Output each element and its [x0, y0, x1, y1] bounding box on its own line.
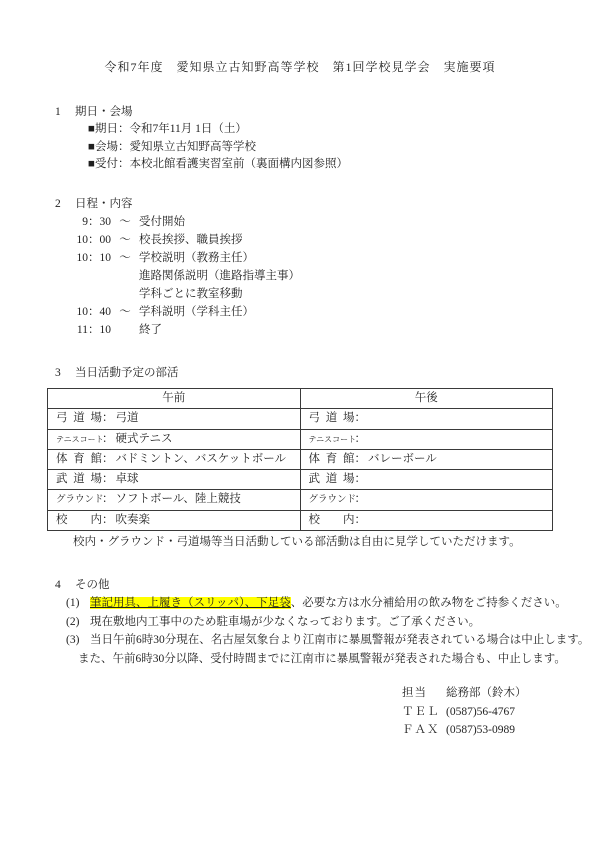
tel-number: (0587)56-4767 [446, 706, 515, 718]
contact-department: 総務部（鈴木） [446, 687, 527, 699]
section-4-heading: 4その他 [0, 577, 600, 594]
contact-label: 担当 [402, 684, 446, 703]
schedule-row: 10：40～学科説明（学科主任） [73, 303, 600, 321]
colon: ： [102, 514, 114, 526]
schedule-desc: 受付開始 [139, 213, 185, 231]
schedule-time: 10：40 [73, 303, 111, 321]
club-value: 硬式テニス [116, 433, 173, 445]
colon: ： [102, 473, 114, 485]
schedule-desc: 校長挨拶、職員挨拶 [139, 231, 243, 249]
item-text: 、必要な方は水分補給用の飲み物をご持参ください。 [291, 597, 567, 609]
place-label: テニスコート [56, 434, 102, 446]
section-4-number: 4 [55, 577, 75, 594]
schedule-row: 11：10終了 [73, 321, 600, 339]
colon: ： [355, 433, 367, 445]
schedule-list: 9：30～受付開始 10：00～校長挨拶、職員挨拶 10：10～学校説明（教務主… [0, 213, 600, 339]
schedule-time: 9：30 [73, 213, 111, 231]
club-value: 吹奏楽 [116, 514, 151, 526]
other-item-2: (2)現在敷地内工事中のため駐車場が少なくなっております。ご了承ください。 [66, 613, 600, 632]
cell-afternoon: グラウンド： [300, 490, 553, 510]
table-header-morning: 午前 [48, 389, 301, 409]
table-row-budo: 武道場：卓球 武道場： [48, 470, 553, 490]
other-item-1: (1)筆記用具、上履き（スリッパ）、下足袋、必要な方は水分補給用の飲み物をご持参… [66, 594, 600, 613]
schedule-tilde: ～ [117, 303, 133, 321]
contact-fax-row: ＦＡＸ(0587)53-0989 [402, 721, 600, 740]
schedule-desc: 学科説明（学科主任） [139, 303, 254, 321]
table-row-gym: 体育館：バドミントン、バスケットボール 体育館：バレーボール [48, 449, 553, 469]
highlighted-supplies-text: 筆記用具、上履き（スリッパ）、下足袋 [90, 597, 291, 609]
schedule-desc: 学科ごとに教室移動 [139, 285, 243, 303]
club-value: バドミントン、バスケットボール [116, 453, 287, 465]
section-1-title: 期日・会場 [75, 106, 133, 118]
table-header-afternoon: 午後 [300, 389, 553, 409]
section-2-number: 2 [55, 196, 75, 213]
table-note: 校内・グラウンド・弓道場等当日活動している部活動は自由に見学していただけます。 [0, 534, 600, 551]
place-label: 校内 [309, 512, 355, 529]
place-label: 校内 [56, 512, 102, 529]
cell-afternoon: 校内： [300, 510, 553, 530]
other-item-3-continuation: また、午前6時30分以降、受付時間までに江南市に暴風警報が発表された場合も、中止… [0, 650, 600, 669]
club-value: 卓球 [116, 473, 139, 485]
section-3-heading: 3当日活動予定の部活 [0, 365, 600, 382]
colon: ： [355, 412, 367, 424]
place-label: 武道場 [309, 471, 355, 488]
colon: ： [355, 493, 367, 505]
place-label: グラウンド [56, 493, 102, 507]
colon: ： [355, 453, 367, 465]
item-number: (3) [66, 631, 90, 650]
bullet-date: ■期日：令和7年11月 1日（土） [88, 121, 600, 139]
schedule-row: 10：00～校長挨拶、職員挨拶 [73, 231, 600, 249]
cell-morning: 弓道場：弓道 [48, 409, 301, 429]
schedule-time: 11：10 [73, 321, 111, 339]
section-2-heading: 2日程・内容 [0, 196, 600, 213]
schedule-desc: 進路関係説明（進路指導主事） [139, 267, 300, 285]
contact-person-row: 担当総務部（鈴木） [402, 684, 600, 703]
place-label: 体育館 [309, 451, 355, 468]
table-row-tennis: テニスコート：硬式テニス テニスコート： [48, 429, 553, 449]
table-row-ground: グラウンド：ソフトボール、陸上競技 グラウンド： [48, 490, 553, 510]
place-label: 体育館 [56, 451, 102, 468]
place-label: 武道場 [56, 471, 102, 488]
other-items: (1)筆記用具、上履き（スリッパ）、下足袋、必要な方は水分補給用の飲み物をご持参… [0, 594, 600, 650]
table-row-kyudo: 弓道場：弓道 弓道場： [48, 409, 553, 429]
cell-morning: 体育館：バドミントン、バスケットボール [48, 449, 301, 469]
section-4-title: その他 [75, 579, 110, 591]
place-label: 弓道場 [56, 410, 102, 427]
place-label: 弓道場 [309, 410, 355, 427]
schedule-tilde: ～ [117, 231, 133, 249]
cell-afternoon: 弓道場： [300, 409, 553, 429]
bullet-reception: ■受付：本校北館看護実習室前（裏面構内図参照） [88, 156, 600, 174]
item-text: 現在敷地内工事中のため駐車場が少なくなっております。ご了承ください。 [90, 616, 480, 628]
place-label: グラウンド [309, 493, 355, 507]
club-value: ソフトボール、陸上競技 [116, 493, 241, 505]
item-number: (2) [66, 613, 90, 632]
schedule-tilde: ～ [117, 249, 133, 267]
section-3-number: 3 [55, 365, 75, 382]
place-label: テニスコート [309, 434, 355, 446]
tel-label: ＴＥＬ [402, 703, 446, 722]
cell-morning: 校内：吹奏楽 [48, 510, 301, 530]
schedule-desc: 終了 [139, 321, 162, 339]
section-1-heading: 1期日・会場 [0, 104, 600, 121]
cell-morning: テニスコート：硬式テニス [48, 429, 301, 449]
cell-morning: 武道場：卓球 [48, 470, 301, 490]
section-2-title: 日程・内容 [75, 198, 133, 210]
schedule-time: 10：00 [73, 231, 111, 249]
schedule-row: 9：30～受付開始 [73, 213, 600, 231]
schedule-tilde: ～ [117, 213, 133, 231]
section-1-bullets: ■期日：令和7年11月 1日（土） ■会場：愛知県立古知野高等学校 ■受付：本校… [0, 121, 600, 174]
table-header-row: 午前 午後 [48, 389, 553, 409]
cell-afternoon: 武道場： [300, 470, 553, 490]
schedule-time: 10：10 [73, 249, 111, 267]
colon: ： [102, 453, 114, 465]
cell-afternoon: 体育館：バレーボール [300, 449, 553, 469]
club-value: 弓道 [116, 412, 139, 424]
colon: ： [102, 433, 114, 445]
cell-morning: グラウンド：ソフトボール、陸上競技 [48, 490, 301, 510]
colon: ： [355, 473, 367, 485]
table-row-campus: 校内：吹奏楽 校内： [48, 510, 553, 530]
contact-block: 担当総務部（鈴木） ＴＥＬ(0587)56-4767 ＦＡＸ(0587)53-0… [0, 684, 600, 740]
schedule-row: 進路関係説明（進路指導主事） [73, 267, 600, 285]
item-text: 当日午前6時30分現在、名古屋気象台より江南市に暴風警報が発表されている場合は中… [90, 634, 589, 646]
bullet-venue: ■会場：愛知県立古知野高等学校 [88, 139, 600, 157]
schedule-row: 10：10～学校説明（教務主任） [73, 249, 600, 267]
page-title: 令和7年度 愛知県立古知野高等学校 第1回学校見学会 実施要項 [0, 58, 600, 76]
cell-afternoon: テニスコート： [300, 429, 553, 449]
item-number: (1) [66, 594, 90, 613]
colon: ： [355, 514, 367, 526]
other-item-3: (3)当日午前6時30分現在、名古屋気象台より江南市に暴風警報が発表されている場… [66, 631, 600, 650]
fax-label: ＦＡＸ [402, 721, 446, 740]
schedule-row: 学科ごとに教室移動 [73, 285, 600, 303]
colon: ： [102, 493, 114, 505]
contact-tel-row: ＴＥＬ(0587)56-4767 [402, 703, 600, 722]
colon: ： [102, 412, 114, 424]
document-page: 令和7年度 愛知県立古知野高等学校 第1回学校見学会 実施要項 1期日・会場 ■… [0, 0, 600, 849]
section-1-number: 1 [55, 104, 75, 121]
schedule-desc: 学校説明（教務主任） [139, 249, 254, 267]
section-3-title: 当日活動予定の部活 [75, 367, 179, 379]
club-activity-table: 午前 午後 弓道場：弓道 弓道場： テニスコート：硬式テニス テニスコート： 体… [47, 388, 553, 531]
club-value: バレーボール [368, 453, 437, 465]
fax-number: (0587)53-0989 [446, 724, 515, 736]
